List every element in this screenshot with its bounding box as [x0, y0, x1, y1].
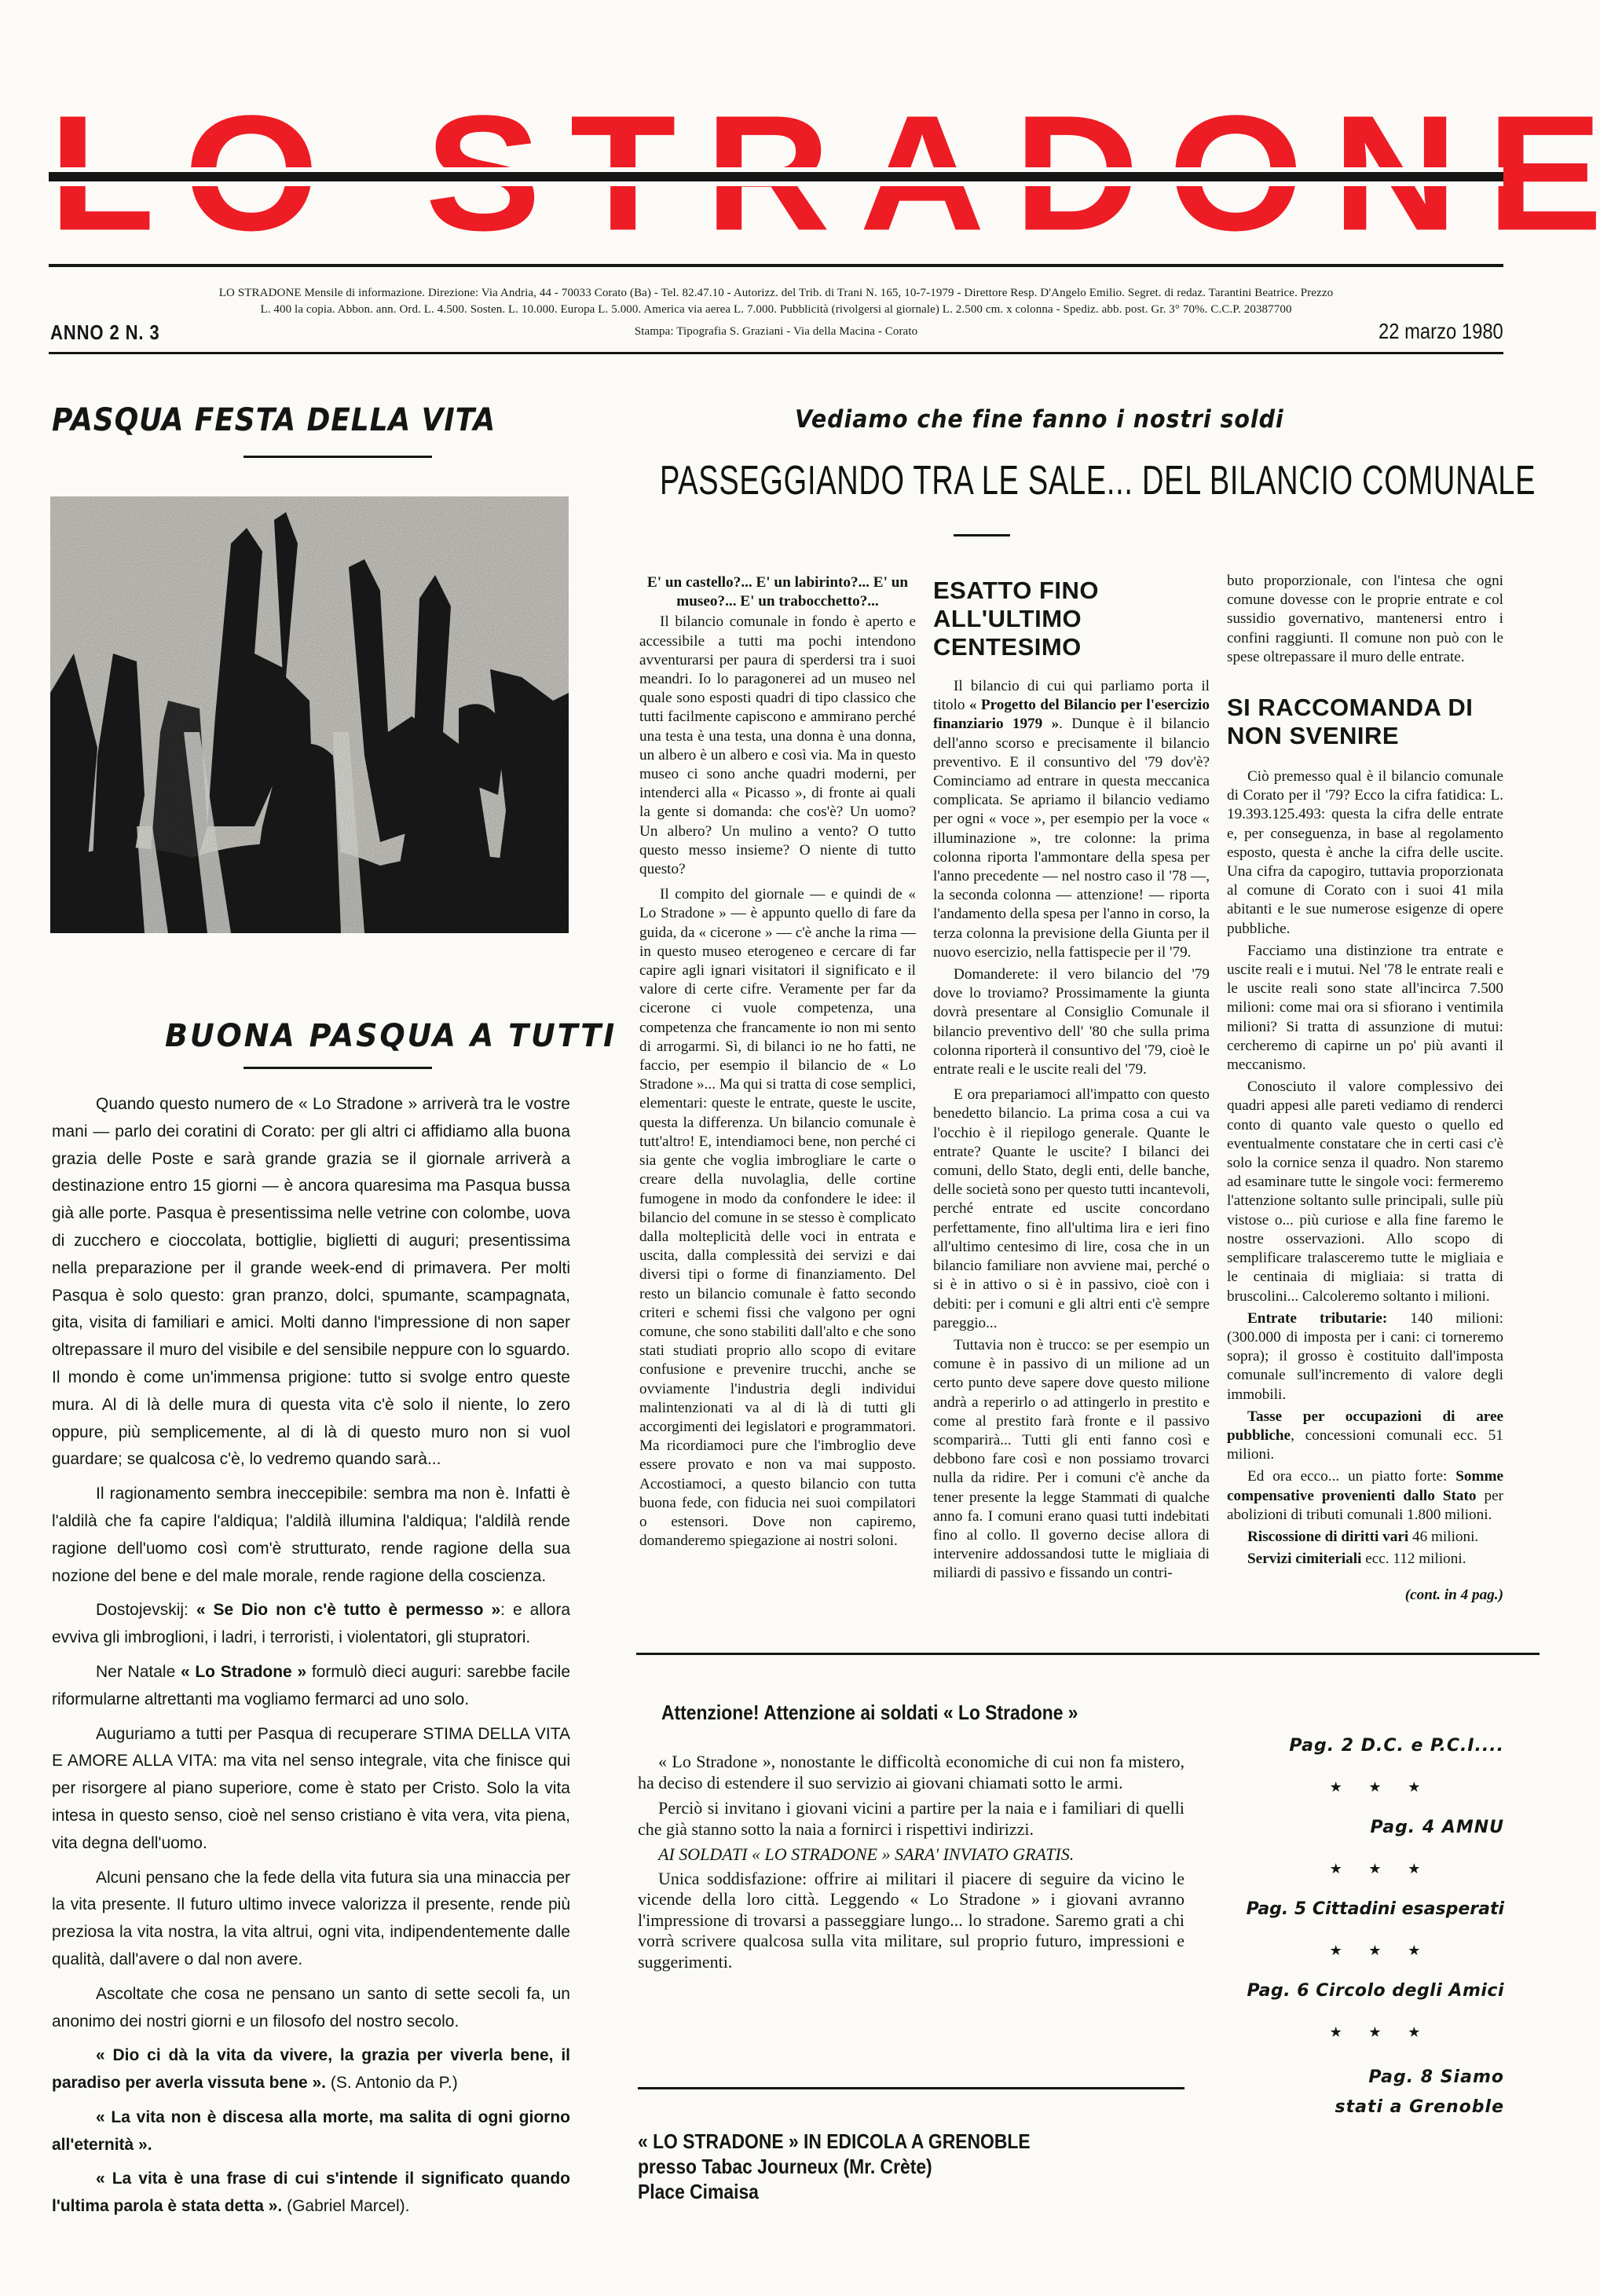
star-separator-icon: ★ ★ ★: [1257, 2024, 1504, 2041]
budget-column-2: ESATTO FINO ALL'ULTIMO CENTESIMO Il bila…: [933, 577, 1210, 1584]
budget-column-3: buto proporzionale, con l'intesa che ogn…: [1227, 572, 1503, 1606]
column-1-paragraph: Il compito del giornale — e quindi de « …: [639, 885, 916, 1551]
budget-item-value: 46 milioni.: [1408, 1529, 1478, 1545]
masthead-stripe-gap-bottom: [49, 181, 1503, 186]
budget-column-1: E' un castello?... E' un labirinto?... E…: [639, 573, 916, 1551]
left-headline: PASQUA FESTA DELLA VITA: [52, 402, 496, 438]
soldiers-headline: Attenzione! Attenzione ai soldati « Lo S…: [661, 1701, 1078, 1725]
soldiers-free-notice: AI SOLDATI « LO STRADONE » SARA' INVIATO…: [638, 1844, 1184, 1866]
column-3-continuation: buto proporzionale, con l'intesa che ogn…: [1227, 572, 1503, 667]
budget-item-value: ecc. 112 milioni.: [1361, 1551, 1466, 1567]
column-2-subhead: ESATTO FINO ALL'ULTIMO CENTESIMO: [933, 577, 1210, 661]
grenoble-line-1: « LO STRADONE » IN EDICOLA A GRENOBLE: [638, 2129, 1031, 2154]
column-1-paragraph: Il bilancio comunale in fondo è aperto e…: [639, 613, 916, 879]
main-headline-underline: [954, 534, 1010, 536]
masthead-info-line-1: LO STRADONE Mensile di informazione. Dir…: [49, 287, 1503, 300]
budget-item-riscossione: Riscossione di diritti vari 46 milioni.: [1227, 1528, 1503, 1547]
left-subheadline: BUONA PASQUA A TUTTI: [165, 1018, 617, 1054]
quote-anonymous: « La vita non è discesa alla morte, ma s…: [52, 2104, 570, 2159]
star-separator-icon: ★ ★ ★: [1257, 1861, 1504, 1877]
raised-hands-photo-icon: [50, 496, 569, 933]
masthead-stripe: [49, 172, 1503, 181]
masthead-rule-top: [49, 264, 1503, 267]
star-separator-icon: ★ ★ ★: [1257, 1943, 1504, 1959]
easter-paragraph-natale: Ner Natale « Lo Stradone » formulò dieci…: [52, 1659, 570, 1714]
easter-photo: [50, 496, 569, 933]
quote-author: (Gabriel Marcel).: [282, 2197, 409, 2215]
newspaper-name: « Lo Stradone »: [181, 1663, 306, 1681]
star-separator-icon: ★ ★ ★: [1257, 1779, 1504, 1796]
budget-item-label: Servizi cimiteriali: [1247, 1551, 1361, 1567]
easter-paragraph-4: Alcuni pensano che la fede della vita fu…: [52, 1865, 570, 1974]
easter-paragraph-dostojevskij: Dostojevskij: « Se Dio non c'è tutto è p…: [52, 1597, 570, 1652]
column-1-lead: E' un castello?... E' un labirinto?... E…: [639, 573, 916, 611]
issue-date: 22 marzo 1980: [1378, 319, 1503, 344]
budget-item-tributarie: Entrate tributarie: 140 milioni: (300.00…: [1227, 1309, 1503, 1404]
text-span: Dostojevskij:: [96, 1601, 196, 1619]
grenoble-line-2: presso Tabac Journeux (Mr. Crète): [638, 2154, 1031, 2179]
masthead-printer: Stampa: Tipografia S. Graziani - Via del…: [49, 325, 1503, 339]
column-2-paragraph: Domanderete: il vero bilancio del '79 do…: [933, 965, 1210, 1079]
column-3-paragraph: Conosciuto il valore complessivo dei qua…: [1227, 1078, 1503, 1305]
quote-marcel: « La vita è una frase di cui s'intende i…: [52, 2166, 570, 2221]
index-item-pag-6[interactable]: Pag. 6 Circolo degli Amici: [1225, 1981, 1504, 2001]
column-2-paragraph: Tuttavia non è trucco: se per esempio un…: [933, 1336, 1210, 1584]
soldiers-paragraph: Perciò si invitano i giovani vicini a pa…: [638, 1798, 1184, 1840]
text-span: Ed ora ecco... un piatto forte:: [1247, 1468, 1455, 1485]
page-index: Pag. 2 D.C. e P.C.I.... ★ ★ ★ Pag. 4 AMN…: [1225, 1736, 1504, 2122]
index-item-pag-4[interactable]: Pag. 4 AMNU: [1225, 1818, 1504, 1837]
index-item-pag-8[interactable]: Pag. 8 Siamo stati a Grenoble: [1225, 2063, 1504, 2122]
grenoble-line-3: Place Cimaisa: [638, 2179, 1031, 2204]
budget-item-somme: Ed ora ecco... un piatto forte: Somme co…: [1227, 1467, 1503, 1525]
grenoble-notice: « LO STRADONE » IN EDICOLA A GRENOBLE pr…: [638, 2129, 1031, 2204]
masthead-info-line-2: L. 400 la copia. Abbon. ann. Ord. L. 4.5…: [49, 303, 1503, 317]
easter-paragraph-1: Quando questo numero de « Lo Stradone » …: [52, 1091, 570, 1474]
text-span: . Dunque è il bilancio dell'anno scorso …: [933, 716, 1210, 960]
index-item-pag-2[interactable]: Pag. 2 D.C. e P.C.I....: [1225, 1736, 1504, 1756]
column-3-subhead: SI RACCOMANDA DI NON SVENIRE: [1227, 694, 1503, 750]
soldiers-paragraph: « Lo Stradone », nonostante le difficolt…: [638, 1752, 1184, 1793]
column-3-paragraph: Facciamo una distinzione tra entrate e u…: [1227, 942, 1503, 1075]
budget-item-label: Entrate tributarie:: [1247, 1310, 1387, 1327]
masthead-stripe-gap-top: [49, 167, 1503, 172]
soldiers-paragraph: Unica soddisfazione: offrire ai militari…: [638, 1869, 1184, 1973]
quote-text: « La vita non è discesa alla morte, ma s…: [52, 2108, 570, 2154]
index-item-pag-5[interactable]: Pag. 5 Cittadini esasperati: [1225, 1899, 1504, 1919]
easter-paragraph-3: Auguriamo a tutti per Pasqua di recupera…: [52, 1721, 570, 1858]
left-headline-underline: [243, 456, 432, 458]
budget-item-label: Riscossione di diritti vari: [1247, 1529, 1408, 1545]
continued-link[interactable]: (cont. in 4 pag.): [1227, 1586, 1503, 1605]
easter-paragraph-5: Ascoltate che cosa ne pensano un santo d…: [52, 1981, 570, 2036]
easter-paragraph-2: Il ragionamento sembra ineccepibile: sem…: [52, 1481, 570, 1590]
quote-text: « Dio ci dà la vita da vivere, la grazia…: [52, 2046, 570, 2092]
main-kicker: Vediamo che fine fanno i nostri soldi: [795, 405, 1284, 434]
budget-item-tasse: Tasse per occupazioni di aree pubbliche,…: [1227, 1408, 1503, 1465]
masthead-rule-bottom: [49, 352, 1503, 354]
dostojevskij-quote: « Se Dio non c'è tutto è permesso »: [196, 1601, 500, 1619]
budget-item-cimiteriali: Servizi cimiteriali ecc. 112 milioni.: [1227, 1550, 1503, 1569]
quote-antonio: « Dio ci dà la vita da vivere, la grazia…: [52, 2042, 570, 2097]
column-2-paragraph: Il bilancio di cui qui parliamo porta il…: [933, 677, 1210, 962]
section-divider: [636, 1653, 1540, 1655]
column-2-paragraph: E ora prepariamoci all'impatto con quest…: [933, 1086, 1210, 1333]
main-headline: PASSEGGIANDO TRA LE SALE... DEL BILANCIO…: [660, 457, 1536, 504]
soldiers-body: « Lo Stradone », nonostante le difficolt…: [638, 1752, 1184, 1972]
easter-article-body: Quando questo numero de « Lo Stradone » …: [52, 1091, 570, 2228]
left-subheadline-underline: [243, 1067, 432, 1069]
column-3-paragraph: Ciò premesso qual è il bilancio comunale…: [1227, 767, 1503, 939]
text-span: Ner Natale: [96, 1663, 181, 1681]
quote-author: (S. Antonio da P.): [326, 2074, 458, 2092]
grenoble-divider: [638, 2087, 1184, 2089]
